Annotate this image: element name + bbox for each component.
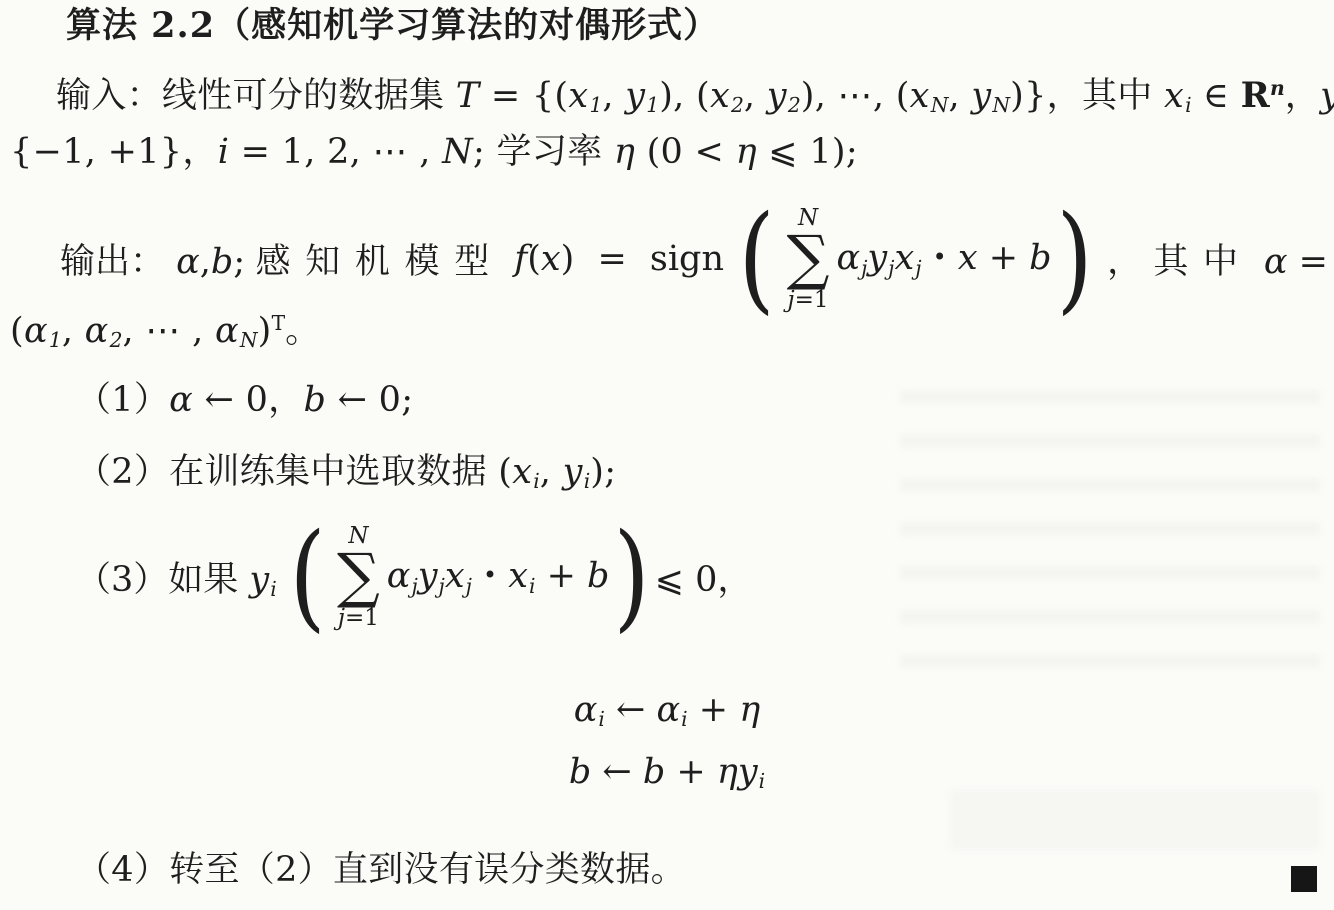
sum-stack: N ∑ j=1: [337, 523, 380, 631]
output-line: 输出： α,b; 感知机模型 f(x) = sign ( N ∑ j=1 αjy…: [60, 188, 1328, 330]
output-tail: ， 其中 α =: [1107, 234, 1328, 284]
alpha-vector-line: (α1, α2, ⋯ , αN)T。: [10, 310, 320, 354]
step-3-line: （3）如果 yi ( N ∑ j=1 αjyjxj • xi + b ) ⩽ 0…: [76, 502, 752, 652]
output-model-label: 感知机模型: [255, 234, 504, 284]
step-3-condition-tail: ⩽ 0，: [655, 552, 753, 602]
output-sum-formula: ( N ∑ j=1 αjyjxj • x + b ): [734, 204, 1097, 314]
step-2-line: （2）在训练集中选取数据 (xi, yi);: [76, 451, 616, 495]
sum-expression: αjyjxj • x + b: [836, 238, 1051, 279]
sum-stack: N ∑ j=1: [787, 205, 830, 313]
update-equation-b: b ← b + ηyi: [0, 752, 1334, 793]
output-fx-sign: f(x) = sign: [514, 239, 724, 279]
sum-lower-limit: j=1: [788, 287, 829, 313]
step-1-line: （1）α ← 0，b ← 0;: [76, 379, 413, 423]
input-paragraph-line-1: 输入：线性可分的数据集 T = {(x1, y1), (x2, y2), ⋯, …: [56, 74, 1334, 119]
page-show-through-smudge: [900, 390, 1320, 670]
sum-expression: αjyjxj • xi + b: [387, 556, 610, 597]
book-page: 算法 2.2（感知机学习算法的对偶形式） 输入：线性可分的数据集 T = {(x…: [0, 0, 1334, 910]
big-right-paren: ): [614, 522, 650, 632]
big-left-paren: (: [739, 204, 775, 314]
output-intro: 输出： α,b;: [60, 234, 245, 284]
big-left-paren: (: [289, 522, 325, 632]
update-equation-alpha: αi ← αi + η: [0, 690, 1334, 731]
sum-lower-limit: j=1: [338, 605, 379, 631]
input-paragraph-line-2: {−1, +1}，i = 1, 2, ⋯ , N; 学习率 η (0 < η ⩽…: [10, 131, 858, 175]
step-3-sum-formula: ( N ∑ j=1 αjyjxj • xi + b ): [285, 522, 655, 632]
end-of-algorithm-marker: [1291, 866, 1317, 892]
step-4-line: （4）转至（2）直到没有误分类数据。: [76, 849, 686, 893]
step-3-prefix: （3）如果 yi: [76, 552, 277, 602]
page-show-through-smudge: [950, 790, 1320, 850]
big-right-paren: ): [1056, 204, 1092, 314]
sigma-icon: ∑: [337, 549, 380, 604]
sigma-icon: ∑: [787, 231, 830, 286]
algorithm-title: 算法 2.2（感知机学习算法的对偶形式）: [66, 4, 719, 48]
